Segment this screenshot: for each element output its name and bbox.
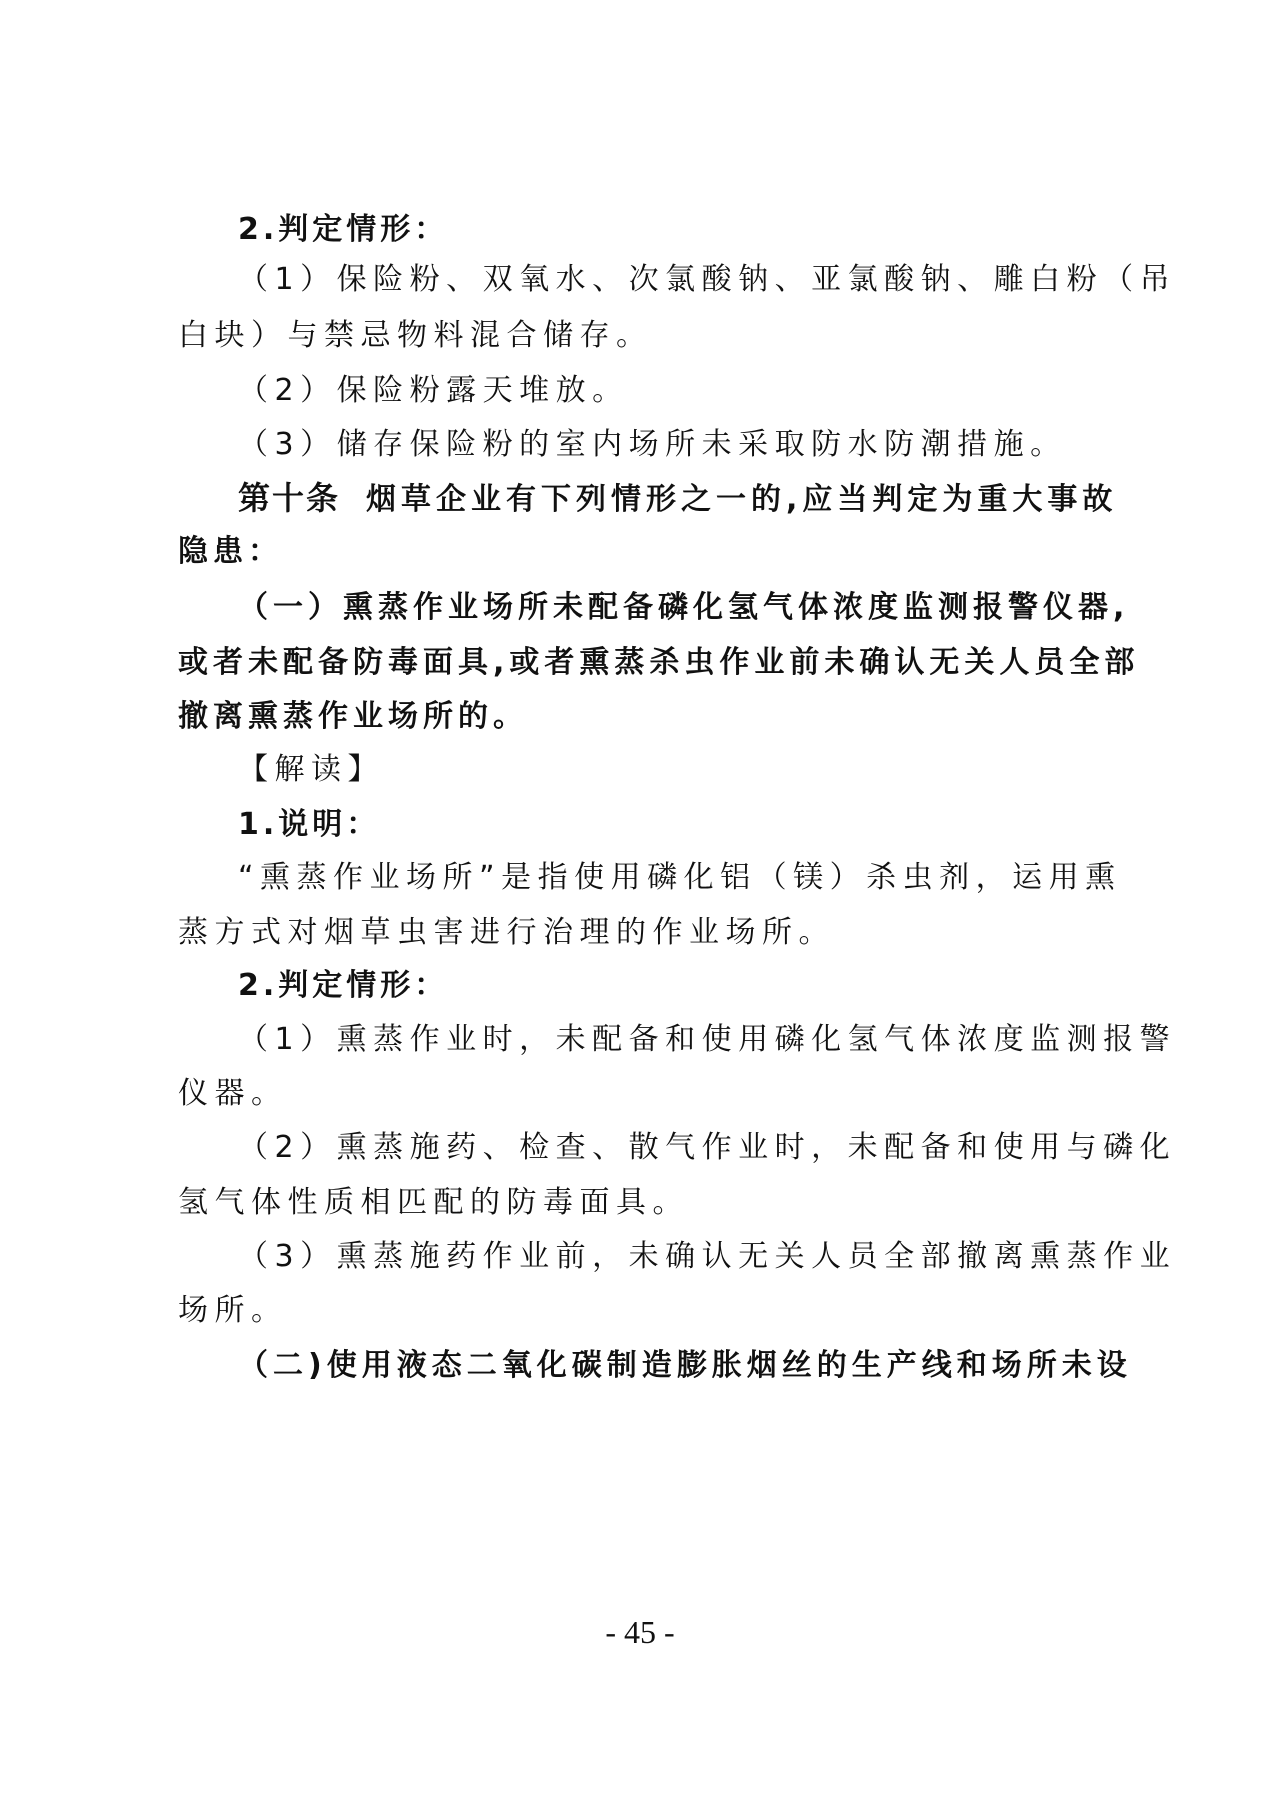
article-title-continuation: 隐患： [178,532,1118,572]
paragraph-line: （1）保险粉、双氧水、次氯酸钠、亚氯酸钠、雕白粉（吊 [238,260,1178,300]
paragraph-line: “熏蒸作业场所”是指使用磷化铝（镁）杀虫剂，运用熏 [238,858,1178,898]
paragraph-line: （2）保险粉露天堆放。 [238,371,1178,411]
paragraph-line: （3）熏蒸施药作业前，未确认无关人员全部撤离熏蒸作业 [238,1237,1178,1277]
page-number: - 45 - [0,1612,1280,1652]
paragraph-line: （3）储存保险粉的室内场所未采取防水防潮措施。 [238,425,1178,465]
interpretation-heading: 【解读】 [238,750,1178,790]
paragraph-line: 白块）与禁忌物料混合储存。 [178,316,1118,356]
paragraph-line: 场所。 [178,1291,1118,1331]
clause-line: 撤离熏蒸作业场所的。 [178,697,1118,737]
paragraph-line: 仪器。 [178,1074,1118,1114]
document-page: 2.判定情形： （1）保险粉、双氧水、次氯酸钠、亚氯酸钠、雕白粉（吊 白块）与禁… [0,0,1280,1810]
clause-line: （一）熏蒸作业场所未配备磷化氢气体浓度监测报警仪器, [238,588,1178,628]
clause-line: 或者未配备防毒面具,或者熏蒸杀虫作业前未确认无关人员全部 [178,643,1118,683]
paragraph-line: （2）熏蒸施药、检查、散气作业时，未配备和使用与磷化 [238,1128,1178,1168]
clause-line: （二)使用液态二氧化碳制造膨胀烟丝的生产线和场所未设 [238,1346,1178,1386]
section-heading-criteria: 2.判定情形： [238,210,1178,250]
section-heading-explanation: 1.说明： [238,805,1178,845]
article-title-text: 烟草企业有下列情形之一的,应当判定为重大事故 [366,482,1117,517]
section-heading-criteria: 2.判定情形： [238,966,1178,1006]
paragraph-line: （1）熏蒸作业时，未配备和使用磷化氢气体浓度监测报警 [238,1020,1178,1060]
paragraph-line: 氢气体性质相匹配的防毒面具。 [178,1183,1118,1223]
paragraph-line: 蒸方式对烟草虫害进行治理的作业场所。 [178,913,1118,953]
article-number: 第十条 [238,479,340,517]
article-title-line: 第十条烟草企业有下列情形之一的,应当判定为重大事故 [238,478,1178,520]
